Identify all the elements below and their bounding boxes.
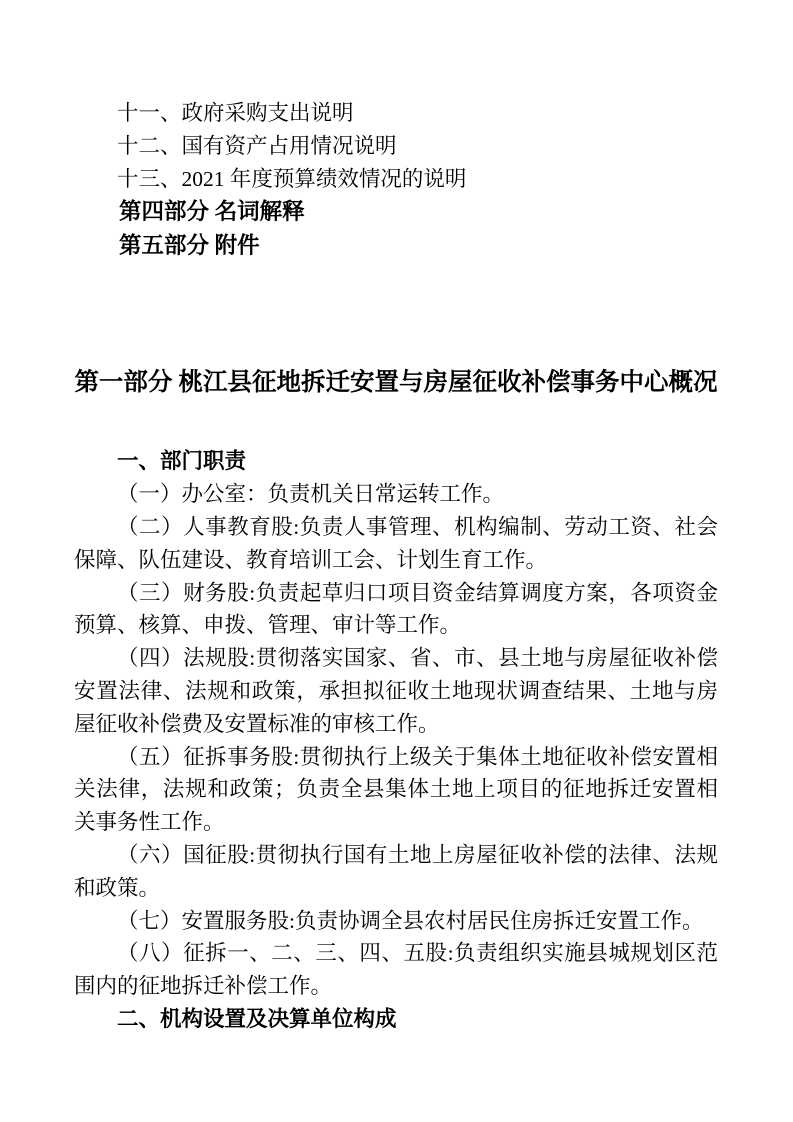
- duty-paragraph: （二）人事教育股:负责人事管理、机构编制、劳动工资、社会保障、队伍建设、教育培训…: [74, 511, 718, 577]
- duty-paragraph: （一）办公室：负责机关日常运转工作。: [74, 478, 718, 511]
- duty-paragraph: （四）法规股:贯彻落实国家、省、市、县土地与房屋征收补偿安置法律、法规和政策，承…: [74, 642, 718, 740]
- toc-part-heading: 第五部分 附件: [74, 229, 718, 263]
- duty-paragraph: （五）征拆事务股:贯彻执行上级关于集体土地征收补偿安置相关法律，法规和政策；负责…: [74, 741, 718, 839]
- part-title: 第一部分 桃江县征地拆迁安置与房屋征收补偿事务中心概况: [74, 363, 718, 403]
- duty-paragraph: （七）安置服务股:负责协调全县农村居民住房拆迁安置工作。: [74, 905, 718, 938]
- section-heading-org: 二、机构设置及决算单位构成: [74, 1003, 718, 1036]
- toc-item: 十一、政府采购支出说明: [74, 97, 718, 130]
- toc-item: 十二、国有资产占用情况说明: [74, 130, 718, 163]
- duty-paragraph: （六）国征股:贯彻执行国有土地上房屋征收补偿的法律、法规和政策。: [74, 839, 718, 905]
- toc-item: 十三、2021 年度预算绩效情况的说明: [74, 163, 718, 196]
- duty-paragraph: （三）财务股:负责起草归口项目资金结算调度方案，各项资金预算、核算、申拨、管理、…: [74, 577, 718, 643]
- section-heading-duties: 一、部门职责: [74, 445, 718, 478]
- toc-tail: 十一、政府采购支出说明 十二、国有资产占用情况说明 十三、2021 年度预算绩效…: [74, 97, 718, 263]
- duty-paragraph: （八）征拆一、二、三、四、五股:负责组织实施县城规划区范围内的征地拆迁补偿工作。: [74, 937, 718, 1003]
- toc-part-heading: 第四部分 名词解释: [74, 195, 718, 229]
- document-page: 十一、政府采购支出说明 十二、国有资产占用情况说明 十三、2021 年度预算绩效…: [0, 0, 793, 1122]
